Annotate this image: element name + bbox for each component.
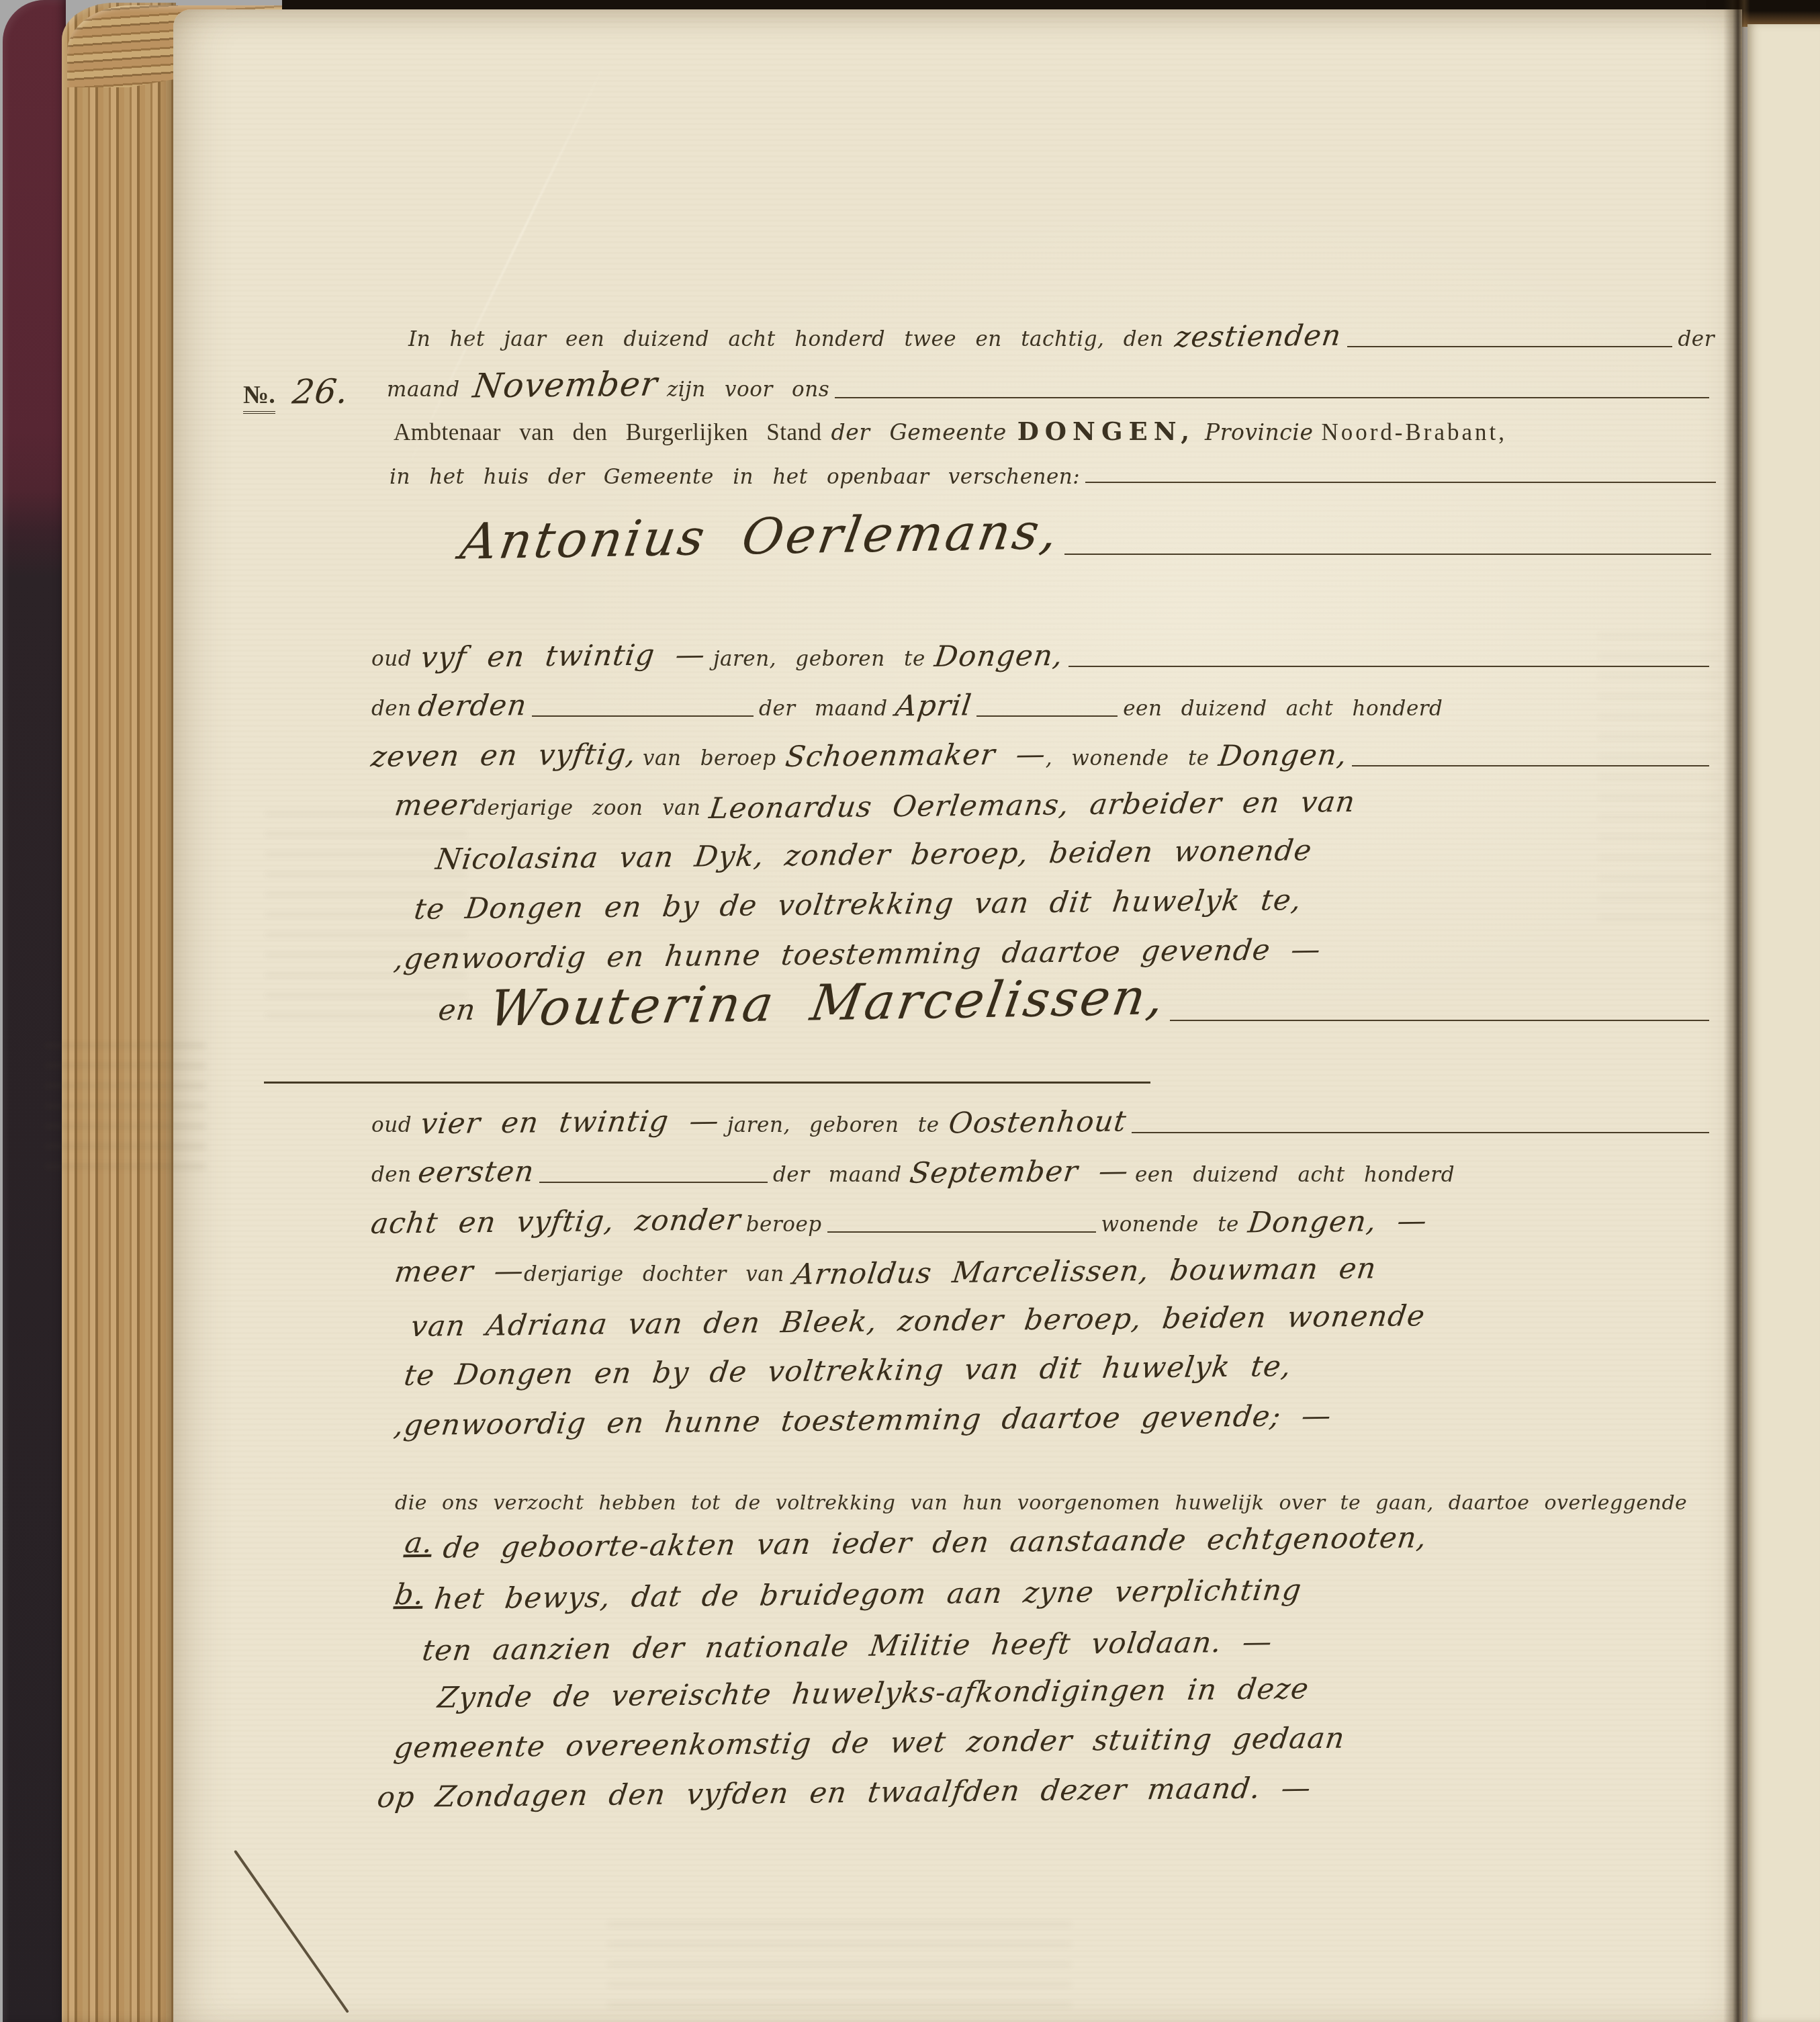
section-divider-rule (264, 1082, 1150, 1084)
blank-rule (1170, 1020, 1709, 1021)
residing-at-label: , wonende te (1046, 746, 1210, 771)
groom-birthdate-line: den derden der maand April een duizend a… (371, 689, 1715, 723)
item-b-text: het bewys, dat de bruidegom aan zyne ver… (432, 1573, 1304, 1616)
day-label: den (371, 1163, 412, 1187)
marriage-day-hand: zestienden (1173, 319, 1344, 355)
blank-rule (1132, 1132, 1709, 1133)
bride-consent-line-2: ,genwoordig en hunne toestemming daartoe… (395, 1404, 1331, 1438)
municipality-label: der Gemeente (831, 419, 1007, 445)
groom-birth-year-hand: zeven en vyftig, (369, 738, 638, 774)
occupation-label: beroep (746, 1213, 822, 1237)
groom-consent-text-2: ,genwoordig en hunne toestemming daartoe… (392, 933, 1323, 976)
bride-residence: Dongen, — (1246, 1204, 1429, 1240)
page-edges-stack (62, 3, 176, 2022)
age-label: oud (371, 647, 412, 671)
bride-consent-line-1: te Dongen en by de voltrekking van dit h… (405, 1354, 1291, 1388)
banns-text-3: op Zondagen den vyfden en twaalfden deze… (375, 1771, 1314, 1815)
ink-bleedthrough (608, 1920, 1071, 2007)
year-printed: een duizend acht honderd (1123, 697, 1443, 721)
intro-line-2: maand November zijn voor ons (387, 365, 1715, 404)
bride-mother-line: van Adriana van den Bleek, zonder beroep… (412, 1305, 1424, 1338)
bride-consent-text-1: te Dongen en by de voltrekking van dit h… (402, 1350, 1293, 1393)
groom-age-line: oud vyf en twintig — jaren, geboren te D… (371, 640, 1715, 673)
day-label: den (371, 697, 412, 721)
blank-rule (1085, 482, 1716, 483)
blank-rule (976, 715, 1118, 717)
bride-age-hand: vier en twintig — (418, 1104, 721, 1141)
bride-father-name: Arnoldus Marcelissen, bouwman en (791, 1251, 1379, 1291)
intro-line-1: In het jaar een duizend acht honderd twe… (408, 320, 1715, 353)
born-at-label: jaren, geboren te (727, 1113, 940, 1137)
born-at-label: jaren, geboren te (713, 647, 925, 671)
blank-rule (1064, 554, 1711, 555)
bride-birth-year-hand: acht en vyftig, zonder (369, 1203, 743, 1241)
groom-age-hand: vyf en twintig — (418, 638, 707, 674)
item-a-letter: a. (403, 1526, 435, 1560)
intro-line-4: in het huis der Gemeente in het openbaar… (390, 465, 1721, 489)
groom-residence: Dongen, (1216, 738, 1349, 773)
month-of-label: der maand (759, 697, 888, 721)
intro-line-1-printed: In het jaar een duizend acht honderd twe… (408, 327, 1163, 351)
bride-birth-day-hand: eersten (416, 1155, 536, 1190)
ink-bleedthrough (1598, 631, 1719, 920)
blank-rule (532, 715, 754, 717)
document-item-b: b. het bewys, dat de bruidegom aan zyne … (395, 1578, 1301, 1612)
registrar-title: Ambtenaar van den Burgerlijken Stand (394, 419, 822, 446)
act-number-label: №. (243, 380, 275, 414)
marriage-month-hand: November (471, 365, 660, 406)
groom-father-name: Leonardus Oerlemans, arbeider en van (707, 785, 1357, 826)
bride-name: Wouterina Marcelissen, (485, 968, 1170, 1038)
page-gutter-crease (1723, 0, 1750, 2022)
residing-at-label: wonende te (1101, 1213, 1239, 1237)
bride-occupation-line: acht en vyftig, zonder beroep wonende te… (371, 1205, 1715, 1239)
ink-bleedthrough (265, 803, 467, 1018)
bride-parents-line: meer — derjarige dochter van Arnoldus Ma… (395, 1255, 1715, 1288)
municipality-name: DONGEN, (1017, 416, 1195, 446)
scanned-register-page: №. 26. In het jaar een duizend acht hond… (0, 0, 1820, 2022)
bride-mother-name: van Adriana van den Bleek, zonder beroep… (409, 1299, 1428, 1344)
request-printed-line: die ons verzocht hebben tot de voltrekki… (395, 1491, 1687, 1515)
groom-birth-day-hand: derden (416, 689, 529, 723)
groom-birth-month-hand: April (893, 689, 973, 723)
intro-line-2-printed: zijn voor ons (667, 378, 829, 402)
groom-name-line: Antonius Oerlemans, (462, 508, 1717, 566)
groom-name: Antonius Oerlemans, (457, 502, 1064, 570)
groom-parents-line: meer derjarige zoon van Leonardus Oerlem… (395, 789, 1711, 822)
banns-text-2: gemeente overeenkomstig de wet zonder st… (392, 1722, 1347, 1765)
groom-birthplace: Dongen, (932, 639, 1065, 674)
bride-name-line: en Wouterina Marcelissen, (439, 974, 1715, 1032)
blank-rule (1347, 346, 1673, 347)
request-printed-text: die ons verzocht hebben tot de voltrekki… (395, 1491, 1687, 1515)
groom-mother-line: Nicolasina van Dyk, zonder beroep, beide… (437, 838, 1312, 872)
blank-rule (827, 1231, 1096, 1233)
groom-occupation-line: zeven en vyftig, van beroep Schoenmaker … (371, 739, 1715, 773)
bride-birthdate-line: den eersten der maand September — een du… (371, 1155, 1715, 1189)
item-b-continuation: ten aanzien der nationale Militie heeft … (420, 1625, 1275, 1667)
groom-consent-text-1: te Dongen en by de voltrekking van dit h… (412, 883, 1304, 926)
banns-line-2: gemeente overeenkomstig de wet zonder st… (395, 1726, 1345, 1760)
groom-mother-name: Nicolasina van Dyk, zonder beroep, beide… (434, 834, 1314, 877)
banns-line-3: op Zondagen den vyfden en twaalfden deze… (378, 1776, 1310, 1810)
province-label: Provincie (1205, 419, 1313, 445)
act-number-value: 26. (290, 372, 351, 412)
intro-line-3: Ambtenaar van den Burgerlijken Stand der… (394, 416, 1507, 446)
province-name: Noord-Brabant, (1321, 419, 1507, 446)
groom-consent-line-1: te Dongen en by de voltrekking van dit h… (415, 888, 1301, 922)
bride-majority-hand: meer — (393, 1254, 527, 1289)
item-a-text: de geboorte-akten van ieder den aanstaan… (441, 1521, 1428, 1565)
bride-birthplace: Oostenhout (946, 1105, 1128, 1141)
intro-line-1-suffix: der (1678, 327, 1715, 351)
ink-bleedthrough (44, 1041, 206, 1169)
year-printed: een duizend acht honderd (1135, 1163, 1455, 1187)
adjacent-page-edge (1747, 24, 1820, 2022)
age-label: oud (371, 1113, 412, 1137)
item-b-letter: b. (393, 1578, 426, 1612)
daughter-of-label: derjarige dochter van (524, 1262, 784, 1286)
appeared-in-public-printed: in het huis der Gemeente in het openbaar… (390, 465, 1080, 489)
document-item-b-cont: ten aanzien der nationale Militie heeft … (423, 1630, 1272, 1663)
document-item-a: a. de geboorte-akten van ieder den aanst… (405, 1526, 1426, 1560)
blank-rule (539, 1182, 768, 1183)
bride-age-line: oud vier en twintig — jaren, geboren te … (371, 1106, 1715, 1139)
book-cover-spine (3, 0, 66, 2022)
groom-occupation: Schoenmaker — (783, 738, 1048, 774)
son-of-label: derjarige zoon van (473, 796, 700, 820)
act-number: №. 26. (243, 372, 349, 414)
month-of-label: der maand (773, 1163, 902, 1187)
occupation-label: van beroep (643, 746, 776, 771)
banns-text-1: Zynde de vereischte huwelyks-afkondiging… (436, 1672, 1312, 1715)
groom-consent-line-2: ,genwoordig en hunne toestemming daartoe… (395, 938, 1711, 971)
bride-consent-text-2: ,genwoordig en hunne toestemming daartoe… (392, 1399, 1334, 1443)
bride-birth-month-hand: September — (907, 1154, 1130, 1190)
blank-rule (835, 397, 1709, 398)
banns-line-1: Zynde de vereischte huwelyks-afkondiging… (439, 1677, 1308, 1710)
